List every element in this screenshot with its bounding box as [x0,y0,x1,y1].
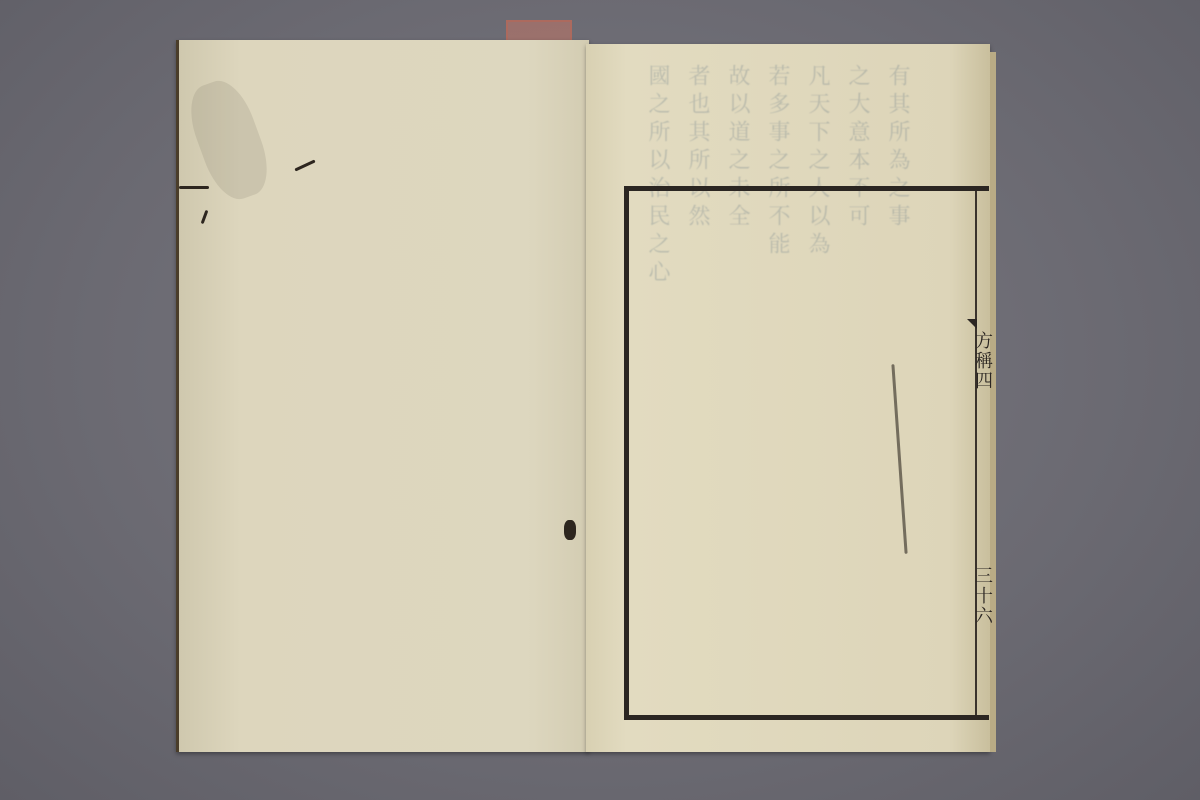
fishtail-mark [967,319,977,329]
printed-block-frame: 方稱四 三十六 [624,186,989,720]
block-center-rule [975,191,977,715]
worm-hole-mark [201,210,209,224]
worm-hole-mark [179,186,209,189]
worm-hole-mark [564,520,576,540]
left-page-blank [176,40,589,752]
margin-title-text: 方稱四 [969,331,995,391]
worm-hole-mark [294,159,315,171]
open-book: 國之所以治民之心 者也其所以然 故以道之未全 若多事之所不能 凡天下之人以為 之… [176,40,996,752]
folio-number: 三十六 [969,566,995,626]
